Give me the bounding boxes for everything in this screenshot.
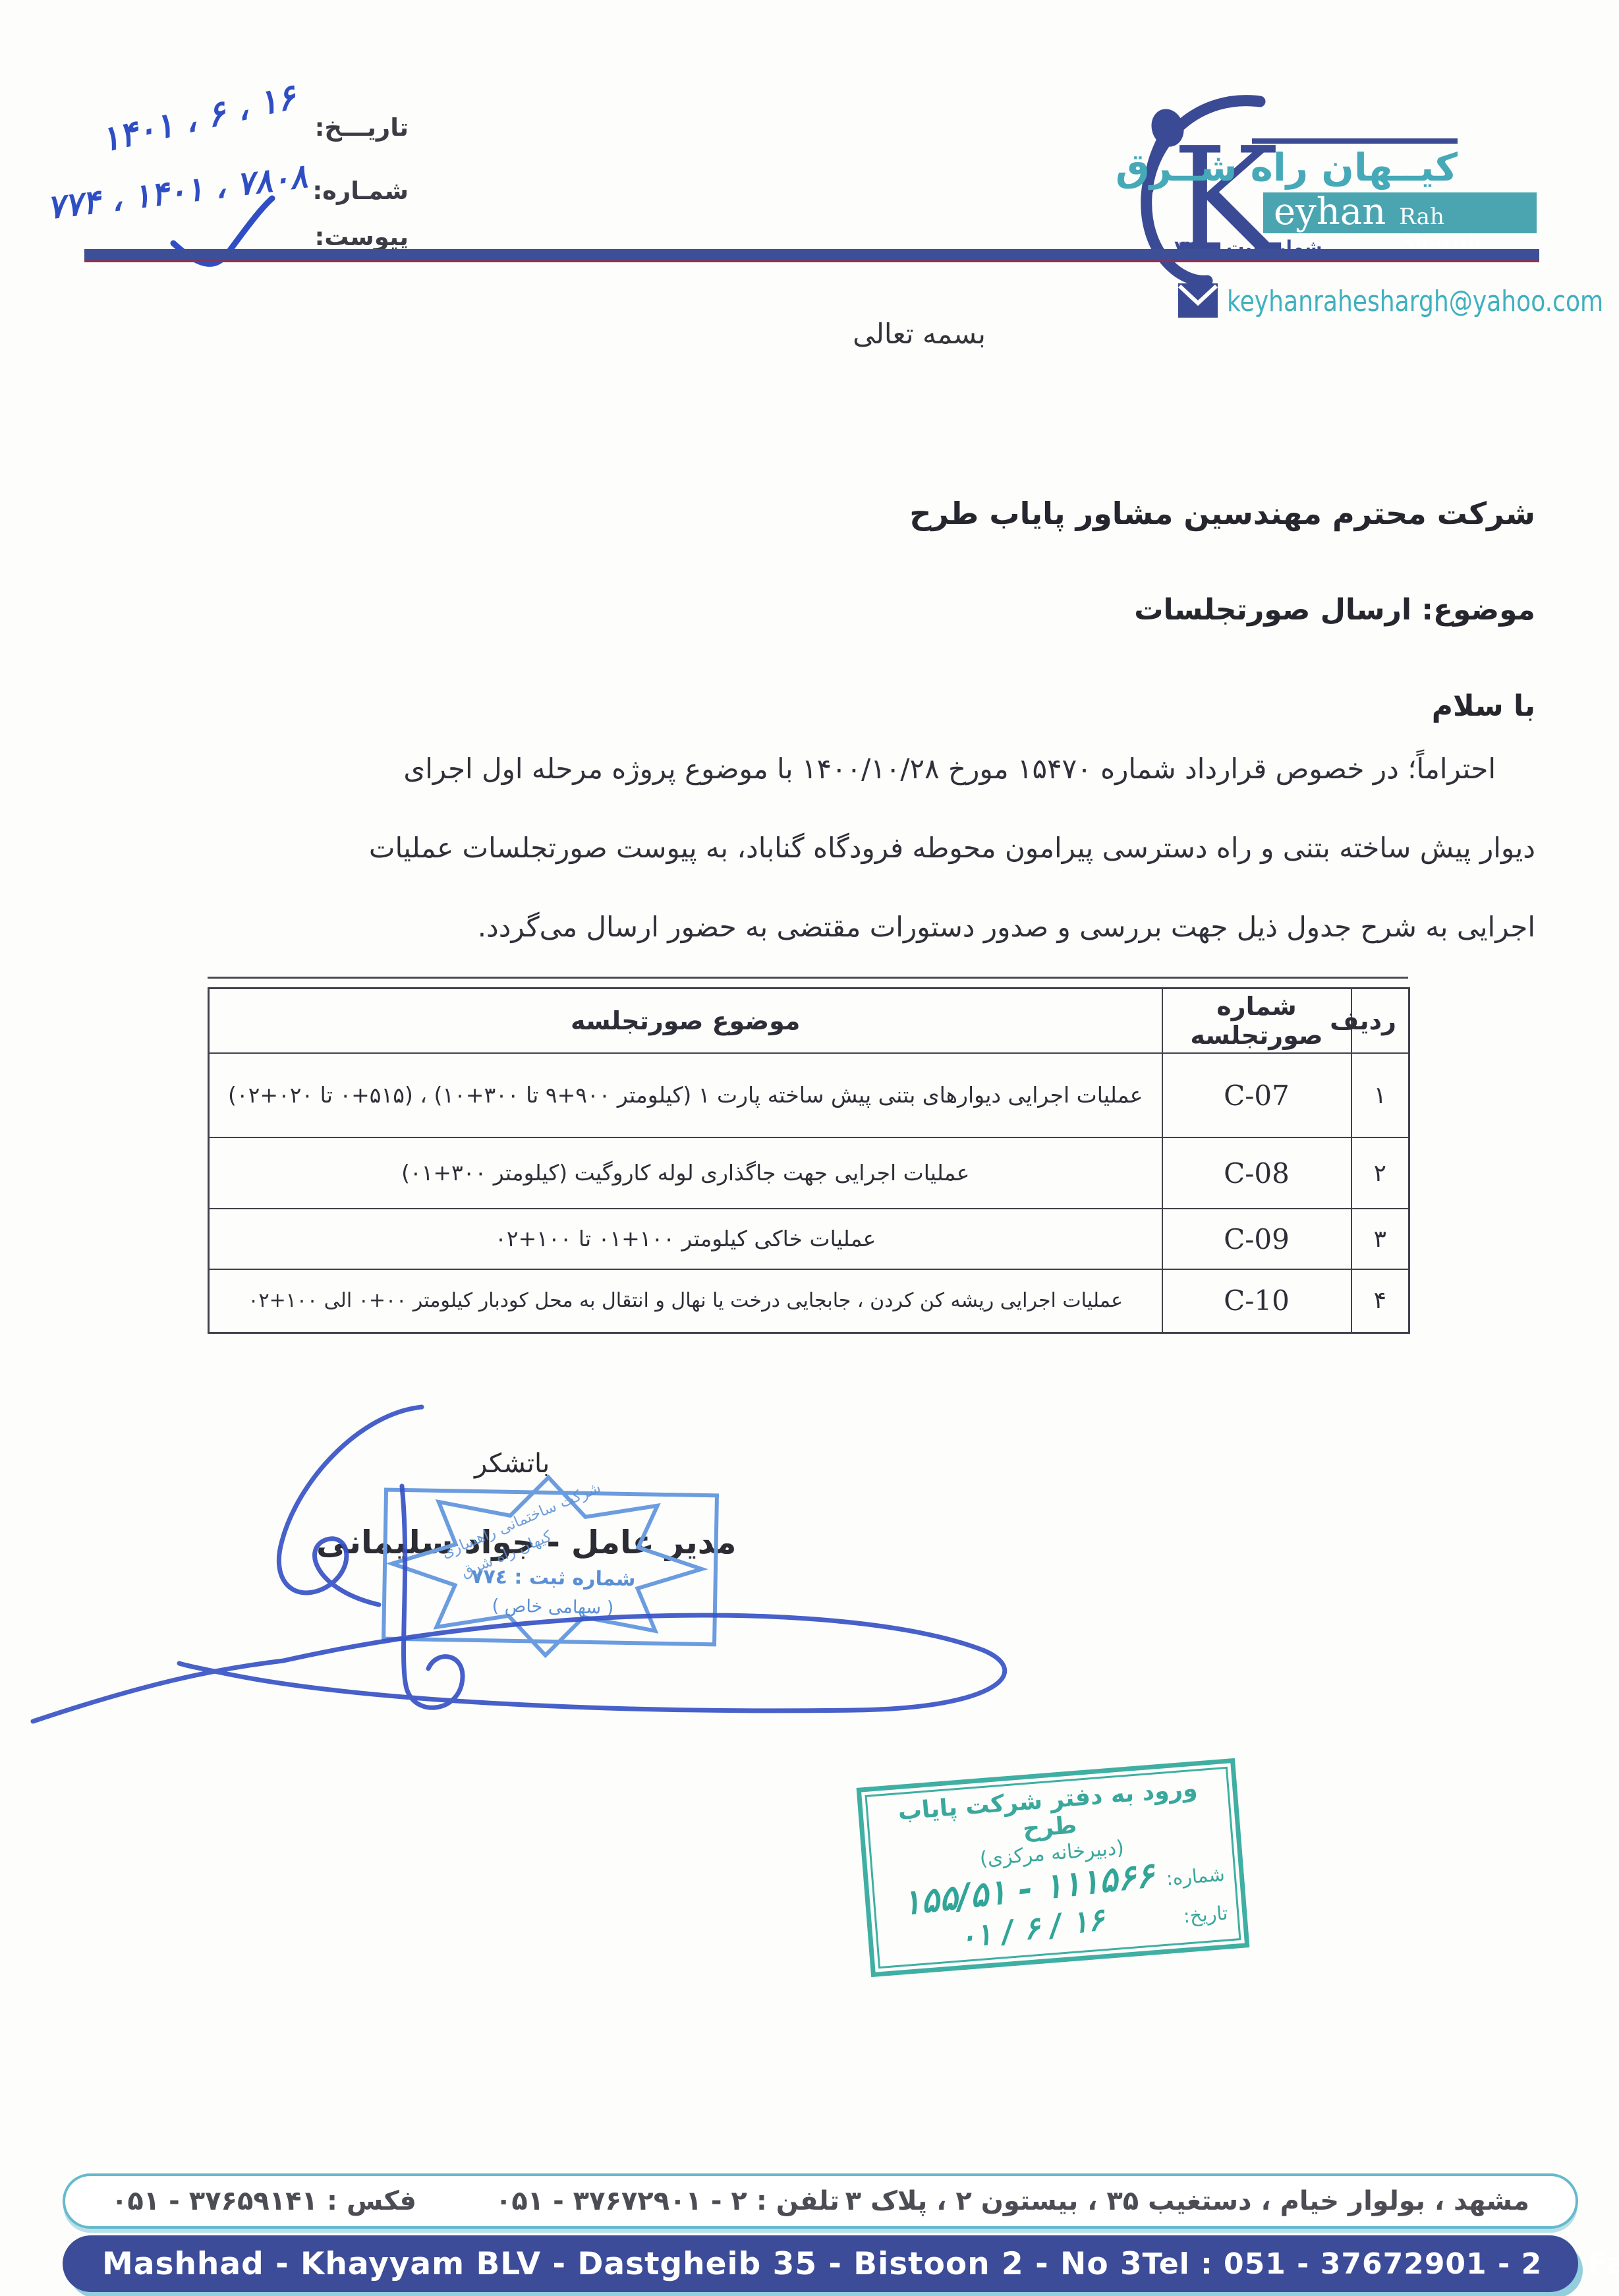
body-line-3: اجرایی به شرح جدول ذیل جهت بررسی و صدور … <box>478 911 1535 943</box>
footer-tel-en: Tel : 051 - 37672901 - 2 <box>1143 2247 1543 2281</box>
row-index: ۱ <box>1351 1053 1409 1137</box>
minute-subject: عملیات خاکی کیلومتر ⁦۰۱+۱۰۰⁩ تا ⁦۰۲+۱۰۰⁩ <box>209 1209 1162 1269</box>
logo-overline <box>1252 138 1458 144</box>
footer-fax-en: Fax : 051 - 37659141 <box>1588 2247 1619 2281</box>
minutes-table: ردیف شماره صورتجلسه موضوع صورتجلسه ۱ C-0… <box>208 987 1410 1334</box>
scanned-letter-page: تاریـــخ: ۱۴۰۱ ، ۶ ، ۱۶ شمـاره: ۷۷۴ ، ۱۴… <box>0 0 1619 2296</box>
col-header-row-number: ردیف <box>1351 989 1409 1054</box>
entry-stamp: ورود به دفتر شرکت پایاب طرح (دبیرخانه مر… <box>857 1758 1250 1977</box>
besmellah-line: بسمه تعالی <box>722 318 1117 350</box>
minute-subject: عملیات اجرایی جهت جاگذاری لوله کاروگیت (… <box>209 1137 1162 1209</box>
logo-name-en-main: eyhan <box>1274 192 1386 232</box>
email-envelope-icon <box>1178 283 1218 318</box>
footer-fax-value-fa: ۰۵۱ - ۳۷۶۵۹۱۴۱ <box>111 2186 318 2216</box>
logo-banner: eyhan Rah Shargh <box>1263 192 1537 233</box>
header-rule-accent <box>84 259 1539 262</box>
table-row: ۴ C-10 عملیات اجرایی ریشه کن کردن ، جابج… <box>209 1269 1409 1333</box>
table-header-row: ردیف شماره صورتجلسه موضوع صورتجلسه <box>209 989 1409 1054</box>
table-top-accent-line <box>208 977 1408 979</box>
company-stamp-type: ( سهامی خاص ) <box>454 1595 652 1619</box>
table-row: ۲ C-08 عملیات اجرایی جهت جاگذاری لوله کا… <box>209 1137 1409 1209</box>
col-header-minute-subject: موضوع صورتجلسه <box>209 989 1162 1054</box>
salutation-line: با سلام <box>1432 689 1535 723</box>
table-row: ۳ C-09 عملیات خاکی کیلومتر ⁦۰۱+۱۰۰⁩ تا ⁦… <box>209 1209 1409 1269</box>
logo-name-en-sub: Rah Shargh <box>1399 204 1526 256</box>
footer-tel-label-fa: تلفن : <box>756 2186 839 2216</box>
minute-subject: عملیات اجرایی دیوارهای بتنی پیش ساخته پا… <box>209 1053 1162 1137</box>
subject-line: موضوع: ارسال صورتجلسات <box>1134 593 1535 627</box>
row-index: ۲ <box>1351 1137 1409 1209</box>
header-rule <box>84 249 1539 259</box>
company-stamp-registration: شماره ثبت : ٧٧٤ <box>454 1564 652 1591</box>
thanks-line: باتشکر <box>474 1449 550 1479</box>
footer-tel-value-fa: ۰۵۱ - ۳۷۶۷۲۹۰۱ - ۲ <box>496 2186 747 2216</box>
handwritten-date: ۱۴۰۱ ، ۶ ، ۱۶ <box>97 77 299 160</box>
body-line-1: احتراماً؛ در خصوص قرارداد شماره ۱۵۴۷۰ مو… <box>403 753 1496 785</box>
company-stamp: شرکت ساختمانی راهسازی کیهان راه شرق شمار… <box>381 1483 726 1653</box>
footer-address-bar-fa: مشهد ، بولوار خیام ، دستغیب ۳۵ ، بیستون … <box>63 2173 1578 2229</box>
minute-subject: عملیات اجرایی ریشه کن کردن ، جابجایی درخ… <box>209 1269 1162 1333</box>
footer-address-bar-en: Mashhad - Khayyam BLV - Dastgheib 35 - B… <box>63 2235 1578 2292</box>
col-header-minute-number: شماره صورتجلسه <box>1162 989 1351 1054</box>
attachment-check-icon <box>168 194 277 280</box>
row-index: ۴ <box>1351 1269 1409 1333</box>
minute-code: C-10 <box>1162 1269 1351 1333</box>
minute-code: C-07 <box>1162 1053 1351 1137</box>
recipient-line: شرکت محترم مهندسین مشاور پایاب طرح <box>909 496 1535 531</box>
logo-name-fa: کیــهان راه شــرق <box>1116 145 1458 190</box>
entry-stamp-number-label: شماره: <box>1166 1863 1226 1890</box>
entry-stamp-date-label: تاریخ: <box>1183 1901 1229 1927</box>
footer-address-fa: مشهد ، بولوار خیام ، دستغیب ۳۵ ، بیستون … <box>845 2186 1529 2216</box>
body-line-2: دیوار پیش ساخته بتنی و راه دسترسی پیرامو… <box>369 832 1535 864</box>
table-row: ۱ C-07 عملیات اجرایی دیوارهای بتنی پیش س… <box>209 1053 1409 1137</box>
attachment-label: پیوست: <box>257 223 409 251</box>
minute-code: C-09 <box>1162 1209 1351 1269</box>
footer-address-en: Mashhad - Khayyam BLV - Dastgheib 35 - B… <box>102 2246 1143 2282</box>
email-address: keyhanraheshargh@yahoo.com <box>1227 285 1603 318</box>
footer-fax-label-fa: فکس : <box>327 2186 416 2216</box>
minute-code: C-08 <box>1162 1137 1351 1209</box>
row-index: ۳ <box>1351 1209 1409 1269</box>
